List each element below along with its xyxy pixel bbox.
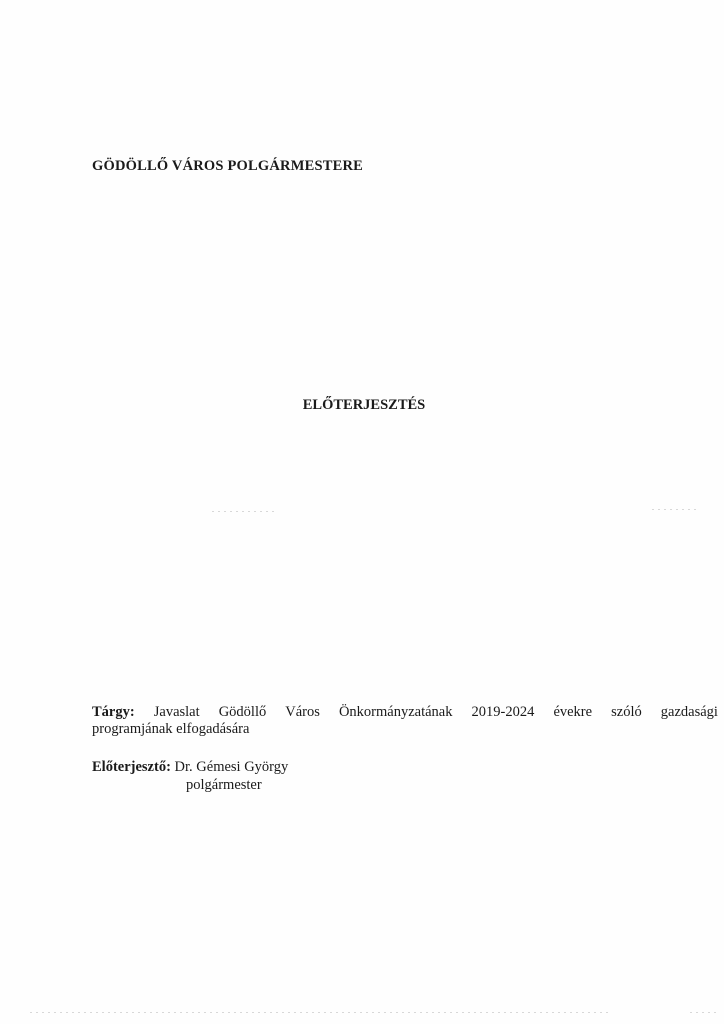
issuer-heading: GÖDÖLLŐ VÁROS POLGÁRMESTERE [92,158,363,175]
scan-artifact [652,509,700,510]
subject-word: Javaslat [154,704,200,721]
subject-word: szóló [611,704,642,721]
presenter-label: Előterjesztő: [92,759,171,775]
subject-word: Város [285,704,320,721]
subject-line-2: programjának elfogadására [92,721,718,738]
subject-word: gazdasági [661,704,718,721]
scan-artifact [30,1012,610,1013]
document-title: ELŐTERJESZTÉS [0,397,724,414]
subject-word: Gödöllő [219,704,267,721]
subject-word: Önkormányzatának [339,704,453,721]
document-title-text: ELŐTERJESZTÉS [303,397,426,414]
document-page: GÖDÖLLŐ VÁROS POLGÁRMESTERE ELŐTERJESZTÉ… [0,0,724,1024]
scan-artifact [212,511,274,512]
subject-word: évekre [553,704,592,721]
subject-block: Tárgy: Javaslat Gödöllő Város Önkormányz… [92,704,718,738]
subject-line-1: Tárgy: Javaslat Gödöllő Város Önkormányz… [92,704,718,721]
presenter-role: polgármester [92,776,288,794]
presenter-name: Dr. Gémesi György [175,759,289,775]
subject-label: Tárgy: [92,704,135,721]
scan-artifact [690,1012,720,1013]
presenter-block: Előterjesztő: Dr. Gémesi György polgárme… [92,758,288,794]
subject-word: 2019-2024 [472,704,535,721]
